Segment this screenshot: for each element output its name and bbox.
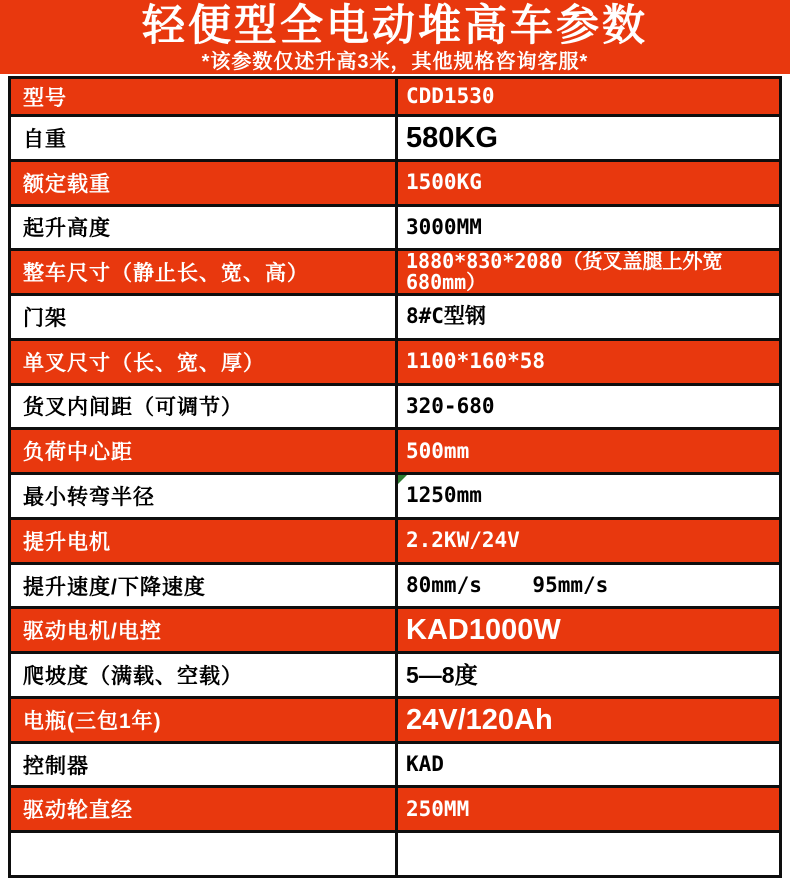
spec-value-text: 1880*830*2080（货叉盖腿上外宽 680mm） [406,251,723,293]
page-subtitle: *该参数仅述升高3米，其他规格咨询客服* [0,51,790,73]
spec-label: 驱动电机/电控 [11,606,395,651]
spec-label: 控制器 [11,741,395,786]
spec-value: 2.2KW/24V [395,517,779,562]
spec-value: 80mm/s 95mm/s [395,562,779,607]
spec-value-text: CDD1530 [406,85,495,108]
spec-value-text: 320-680 [406,395,495,418]
spec-value-text: 8#C型钢 [406,305,486,328]
spec-label: 型号 [11,79,395,114]
spec-value: 1500KG [395,159,779,204]
spec-label: 负荷中心距 [11,427,395,472]
spec-label: 货叉内间距（可调节） [11,383,395,428]
spec-value: 500mm [395,427,779,472]
spec-value-text: 3000MM [406,216,482,239]
spec-label: 单叉尺寸（长、宽、厚） [11,338,395,383]
header: 轻便型全电动堆高车参数 *该参数仅述升高3米，其他规格咨询客服* [0,0,790,74]
spec-value: 320-680 [395,383,779,428]
spec-value: 1250mm [395,472,779,517]
spec-label: 驱动轮直经 [11,785,395,830]
spec-value-text: 5—8度 [406,662,478,688]
spec-label: 额定载重 [11,159,395,204]
spec-sheet: 轻便型全电动堆高车参数 *该参数仅述升高3米，其他规格咨询客服* 型号CDD15… [0,0,790,878]
spec-value: 580KG [395,114,779,159]
cell-corner-marker-icon [398,475,407,484]
spec-value: 1100*160*58 [395,338,779,383]
spec-label: 提升速度/下降速度 [11,562,395,607]
spec-label: 门架 [11,293,395,338]
spec-value-text: 2.2KW/24V [406,529,520,552]
spec-value: KAD [395,741,779,786]
spec-value-text: KAD [406,753,444,776]
spec-label: 爬坡度（满载、空载） [11,651,395,696]
spec-label: 自重 [11,114,395,159]
spec-label: 电瓶(三包1年) [11,696,395,741]
spec-value: 1880*830*2080（货叉盖腿上外宽 680mm） [395,248,779,293]
spec-label: 提升电机 [11,517,395,562]
spec-value-text: KAD1000W [406,614,561,646]
page-title: 轻便型全电动堆高车参数 [0,0,790,51]
spec-value: 24V/120Ah [395,696,779,741]
spec-value-text: 24V/120Ah [406,704,553,736]
spec-table: 型号CDD1530自重580KG额定载重1500KG起升高度3000MM整车尺寸… [8,76,782,878]
spec-value: 8#C型钢 [395,293,779,338]
spec-label: 整车尺寸（静止长、宽、高） [11,248,395,293]
spec-value-text: 500mm [406,440,469,463]
spec-value: 250MM [395,785,779,830]
spec-label: 最小转弯半径 [11,472,395,517]
spec-value: CDD1530 [395,79,779,114]
spec-value-text: 80mm/s 95mm/s [406,574,608,597]
spec-value-text: 1500KG [406,171,482,194]
spec-label: 起升高度 [11,204,395,249]
spec-value [395,830,779,875]
spec-value-text: 250MM [406,798,469,821]
spec-value-text: 1100*160*58 [406,350,545,373]
spec-value: 5—8度 [395,651,779,696]
spec-value-text: 580KG [406,122,498,154]
spec-value: 3000MM [395,204,779,249]
spec-value-text: 1250mm [406,484,482,507]
spec-value: KAD1000W [395,606,779,651]
spec-label [11,830,395,875]
